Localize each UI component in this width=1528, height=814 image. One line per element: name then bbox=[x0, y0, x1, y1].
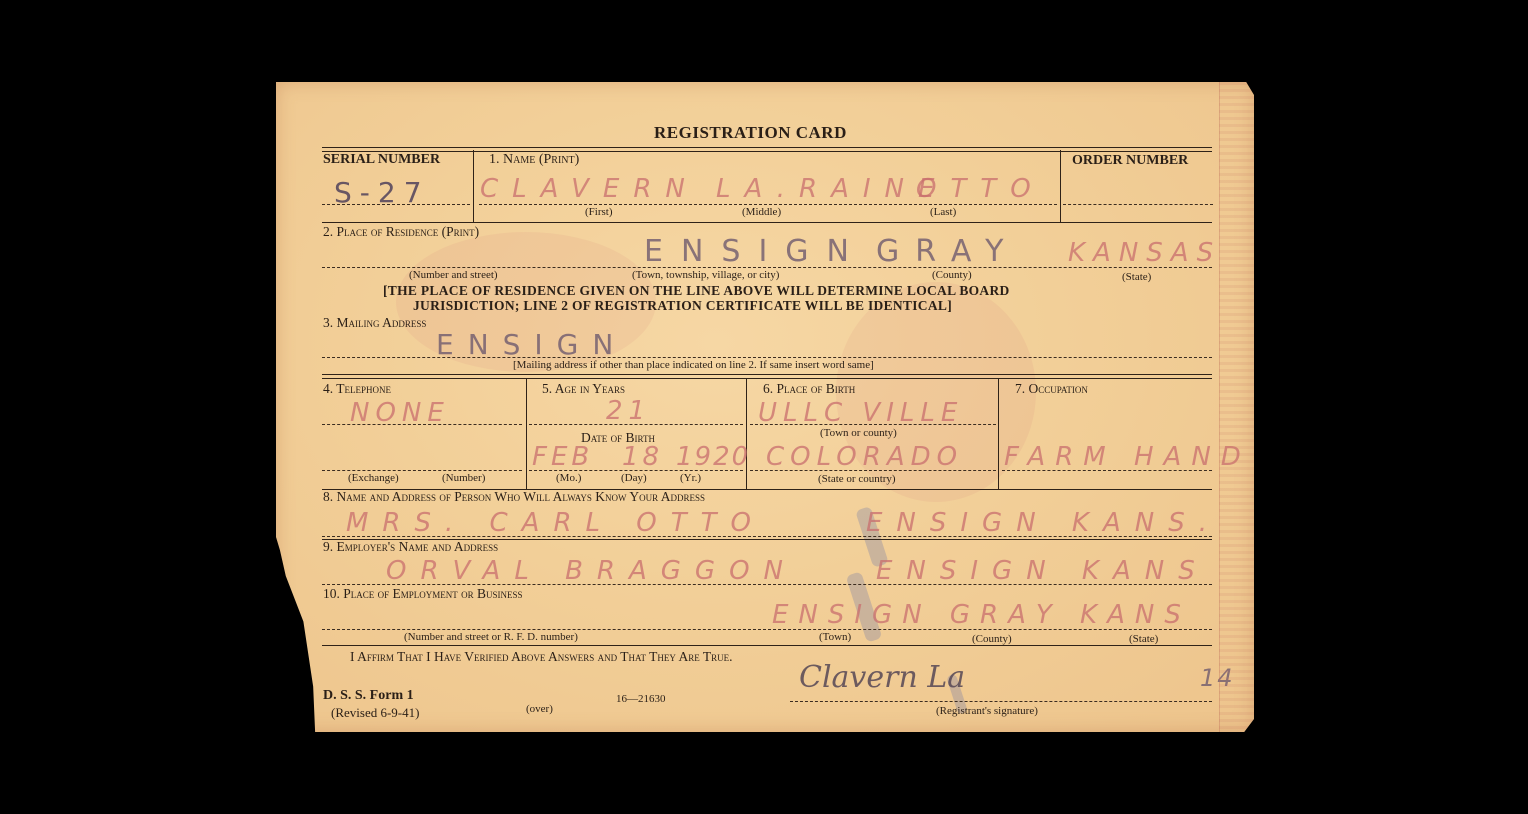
print-code: 16—21630 bbox=[616, 693, 666, 705]
divider bbox=[998, 379, 999, 489]
caption-birth-town: (Town or county) bbox=[820, 427, 897, 439]
caption-employment-county: (County) bbox=[972, 633, 1012, 645]
contact-label: 8. Name and Address of Person Who Will A… bbox=[323, 489, 705, 505]
affirmation-text: I Affirm That I Have Verified Above Answ… bbox=[350, 649, 733, 665]
caption-day: (Day) bbox=[621, 472, 647, 484]
telephone-label: 4. Telephone bbox=[323, 381, 391, 397]
rule-top bbox=[322, 147, 1212, 152]
age-value: 21 bbox=[606, 396, 651, 426]
age-label: 5. Age in Years bbox=[542, 381, 625, 397]
employment-line bbox=[322, 629, 1212, 630]
card-title: REGISTRATION CARD bbox=[654, 123, 847, 143]
mailing-address-label: 3. Mailing Address bbox=[323, 315, 426, 331]
serial-number-label: SERIAL NUMBER bbox=[323, 152, 440, 168]
caption-employment-state: (State) bbox=[1129, 633, 1158, 645]
form-id: D. S. S. Form 1 bbox=[323, 688, 414, 704]
dob-year-value: 1920 bbox=[676, 442, 750, 472]
employer-name-value: ORVAL BRAGGON bbox=[386, 556, 797, 586]
name-label: 1. Name (Print) bbox=[489, 152, 579, 168]
name-last-value: OTTO bbox=[916, 174, 1045, 204]
registration-card: REGISTRATION CARD SERIAL NUMBER 1. Name … bbox=[276, 82, 1254, 732]
age-line bbox=[529, 424, 743, 425]
residence-line bbox=[322, 267, 1212, 268]
residence-note-line2: JURISDICTION; LINE 2 OF REGISTRATION CER… bbox=[413, 298, 952, 314]
dob-month-value: FEB bbox=[532, 442, 593, 472]
occupation-value: FARM HAND bbox=[1004, 442, 1251, 472]
caption-birth-state: (State or country) bbox=[818, 473, 896, 485]
occupation-label: 7. Occupation bbox=[1015, 381, 1088, 397]
caption-town: (Town, township, village, or city) bbox=[632, 269, 779, 281]
caption-employment-street: (Number and street or R. F. D. number) bbox=[404, 631, 578, 643]
rule bbox=[322, 645, 1212, 646]
contact-name-value: MRS. CARL OTTO bbox=[346, 508, 765, 538]
contact-line bbox=[322, 536, 1212, 537]
telephone-number-line bbox=[322, 470, 522, 471]
name-middle-value: LA.RAINE bbox=[716, 174, 948, 204]
divider bbox=[746, 379, 747, 489]
birthplace-label: 6. Place of Birth bbox=[763, 381, 855, 397]
name-line bbox=[479, 204, 1057, 205]
caption-first: (First) bbox=[585, 206, 613, 218]
caption-employment-town: (Town) bbox=[819, 631, 851, 643]
birth-town-line bbox=[750, 424, 996, 425]
name-first-value: CLAVERN bbox=[480, 174, 699, 204]
order-number-label: ORDER NUMBER bbox=[1072, 153, 1188, 169]
employer-address-value: ENSIGN KANS bbox=[876, 556, 1209, 586]
birth-state-line bbox=[750, 470, 996, 471]
signature-line bbox=[790, 701, 1212, 702]
mailing-caption: [Mailing address if other than place ind… bbox=[513, 359, 874, 371]
caption-yr: (Yr.) bbox=[680, 472, 701, 484]
dob-line bbox=[529, 470, 743, 471]
occupation-line bbox=[1002, 470, 1212, 471]
telephone-line bbox=[322, 424, 522, 425]
rule bbox=[322, 374, 1212, 379]
residence-state-value: KANSAS bbox=[1068, 238, 1221, 268]
registrant-signature: Clavern La bbox=[799, 660, 965, 695]
divider bbox=[1060, 150, 1061, 222]
contact-address-value: ENSIGN KANS. bbox=[866, 508, 1221, 538]
divider bbox=[526, 379, 527, 489]
form-revised: (Revised 6-9-41) bbox=[331, 705, 419, 721]
employer-line bbox=[322, 584, 1212, 585]
caption-county: (County) bbox=[932, 269, 972, 281]
mailing-line bbox=[322, 357, 1212, 358]
caption-middle: (Middle) bbox=[742, 206, 781, 218]
over-note: (over) bbox=[526, 703, 553, 715]
caption-mo: (Mo.) bbox=[556, 472, 581, 484]
residence-town-value: ENSIGN bbox=[644, 234, 867, 269]
signature-caption: (Registrant's signature) bbox=[936, 705, 1038, 717]
employment-place-label: 10. Place of Employment or Business bbox=[323, 586, 523, 602]
employer-label: 9. Employer's Name and Address bbox=[323, 539, 498, 555]
caption-state: (State) bbox=[1122, 271, 1151, 283]
residence-note-line1: [THE PLACE OF RESIDENCE GIVEN ON THE LIN… bbox=[383, 283, 1010, 299]
caption-exchange: (Exchange) bbox=[348, 472, 399, 484]
dob-day-value: 18 bbox=[622, 442, 663, 472]
caption-street: (Number and street) bbox=[409, 269, 498, 281]
caption-last: (Last) bbox=[930, 206, 956, 218]
residence-county-value: GRAY bbox=[876, 234, 1019, 269]
order-line bbox=[1063, 204, 1213, 205]
margin-mark: 14 bbox=[1200, 664, 1235, 692]
residence-label: 2. Place of Residence (Print) bbox=[323, 224, 479, 240]
caption-number: (Number) bbox=[442, 472, 485, 484]
rule bbox=[322, 222, 1212, 223]
divider bbox=[473, 150, 474, 222]
serial-line bbox=[322, 204, 470, 205]
employment-place-value: ENSIGN GRAY KANS bbox=[772, 600, 1191, 630]
birth-state-value: COLORADO bbox=[766, 442, 963, 472]
